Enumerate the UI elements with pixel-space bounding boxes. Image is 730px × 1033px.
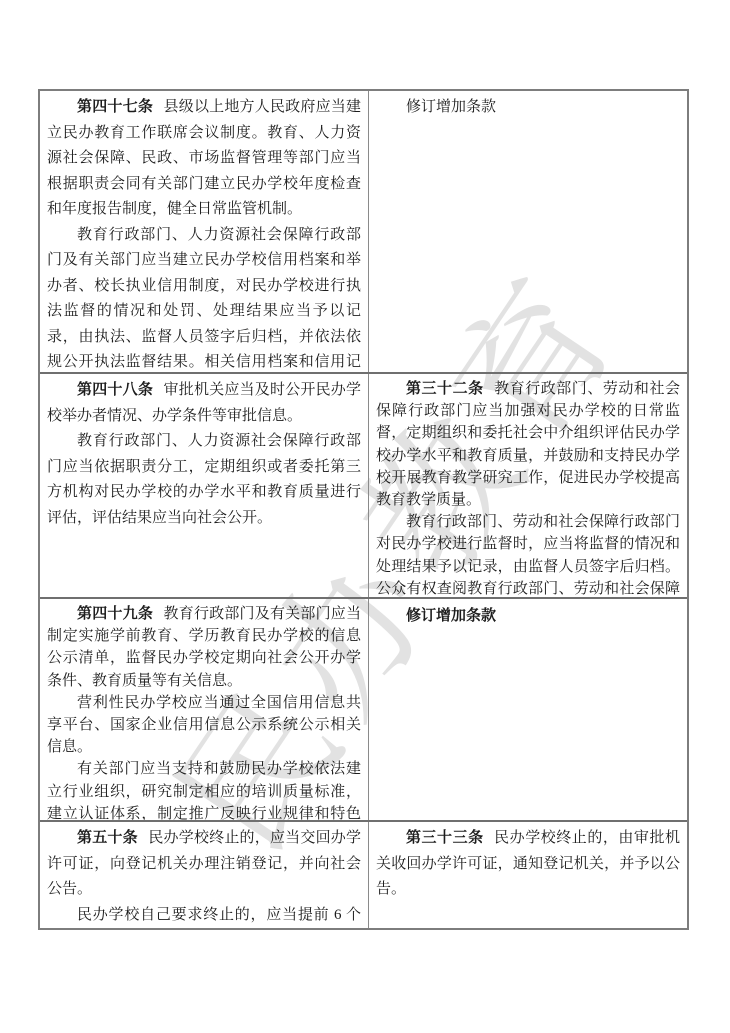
paragraph: 第五十条民办学校终止的，应当交回办学许可证，向登记机关办理注销登记，并向社会公告…: [47, 826, 361, 903]
cell-article-50: 第五十条民办学校终止的，应当交回办学许可证，向登记机关办理注销登记，并向社会公告…: [40, 822, 369, 928]
table-row-article-48: 第四十八条审批机关应当及时公开民办学校举办者情况、办学条件等审批信息。 教育行政…: [40, 374, 687, 599]
paragraph-text: 教育行政部门、劳动和社会保障行政部门应当加强对民办学校的日常监督，定期组织和委托…: [376, 381, 680, 508]
paragraph: 教育行政部门、人力资源社会保障行政部门及有关部门应当建立民办学校信用档案和举办者…: [47, 223, 361, 373]
cell-article-49: 第四十九条教育行政部门及有关部门应当制定实施学前教育、学历教育民办学校的信息公示…: [40, 599, 369, 820]
paragraph-text: 教育行政部门、人力资源社会保障行政部门及有关部门应当建立民办学校信用档案和举办者…: [47, 227, 361, 373]
paragraph-text: 修订增加条款: [406, 99, 496, 115]
revision-note: 修订增加条款: [376, 95, 680, 121]
table-row-article-50: 第五十条民办学校终止的，应当交回办学许可证，向登记机关办理注销登记，并向社会公告…: [40, 822, 687, 928]
cell-article-32: 第三十二条教育行政部门、劳动和社会保障行政部门应当加强对民办学校的日常监督，定期…: [369, 374, 687, 597]
paragraph: 第四十九条教育行政部门及有关部门应当制定实施学前教育、学历教育民办学校的信息公示…: [47, 603, 361, 692]
legal-comparison-table: 第四十七条县级以上地方人民政府应当建立民办教育工作联席会议制度。教育、人力资源社…: [38, 89, 689, 930]
paragraph: 民办学校自己要求终止的，应当提前 6 个月发布拟终止公告，依法依章程制定终止方案…: [47, 903, 361, 929]
paragraph: 营利性民办学校应当通过全国信用信息共享平台、国家企业信用信息公示系统公示相关信息…: [47, 692, 361, 759]
article-number: 第五十条: [77, 830, 138, 846]
cell-article-47: 第四十七条县级以上地方人民政府应当建立民办教育工作联席会议制度。教育、人力资源社…: [40, 91, 369, 372]
cell-article-48: 第四十八条审批机关应当及时公开民办学校举办者情况、办学条件等审批信息。 教育行政…: [40, 374, 369, 597]
paragraph-text: 教育行政部门、劳动和社会保障行政部门对民办学校进行监督时，应当将监督的情况和处理…: [376, 514, 680, 597]
cell-revision-note-1: 修订增加条款: [369, 91, 687, 372]
paragraph-text: 县级以上地方人民政府应当建立民办教育工作联席会议制度。教育、人力资源社会保障、民…: [47, 99, 361, 217]
article-number: 第四十七条: [77, 99, 153, 115]
table-row-article-49: 第四十九条教育行政部门及有关部门应当制定实施学前教育、学历教育民办学校的信息公示…: [40, 599, 687, 822]
paragraph: 第三十三条民办学校终止的，由审批机关收回办学许可证，通知登记机关，并予以公告。: [376, 826, 680, 903]
paragraph: 教育行政部门、劳动和社会保障行政部门对民办学校进行监督时，应当将监督的情况和处理…: [376, 511, 680, 597]
paragraph-text: 修订增加条款: [406, 607, 496, 624]
paragraph: 第四十七条县级以上地方人民政府应当建立民办教育工作联席会议制度。教育、人力资源社…: [47, 95, 361, 223]
paragraph-text: 教育行政部门、人力资源社会保障行政部门应当依据职责分工，定期组织或者委托第三方机…: [47, 433, 361, 526]
article-number: 第三十二条: [406, 381, 484, 397]
revision-note: 修订增加条款: [376, 603, 680, 629]
article-number: 第三十三条: [406, 830, 484, 846]
paragraph-text: 有关部门应当支持和鼓励民办学校依法建立行业组织，研究制定相应的培训质量标准，建立…: [47, 761, 361, 820]
cell-revision-note-2: 修订增加条款: [369, 599, 687, 820]
article-number: 第四十八条: [77, 382, 153, 398]
table-row-article-47: 第四十七条县级以上地方人民政府应当建立民办教育工作联席会议制度。教育、人力资源社…: [40, 91, 687, 374]
paragraph-text: 营利性民办学校应当通过全国信用信息共享平台、国家企业信用信息公示系统公示相关信息…: [47, 695, 361, 755]
paragraph: 有关部门应当支持和鼓励民办学校依法建立行业组织，研究制定相应的培训质量标准，建立…: [47, 758, 361, 820]
paragraph-text: 民办学校自己要求终止的，应当提前 6 个月发布拟终止公告，依法依章程制定终止方案…: [47, 907, 361, 929]
paragraph: 第三十二条教育行政部门、劳动和社会保障行政部门应当加强对民办学校的日常监督，定期…: [376, 378, 680, 511]
paragraph: 第四十八条审批机关应当及时公开民办学校举办者情况、办学条件等审批信息。: [47, 378, 361, 429]
article-number: 第四十九条: [77, 606, 153, 622]
cell-article-33: 第三十三条民办学校终止的，由审批机关收回办学许可证，通知登记机关，并予以公告。: [369, 822, 687, 928]
paragraph: 教育行政部门、人力资源社会保障行政部门应当依据职责分工，定期组织或者委托第三方机…: [47, 429, 361, 531]
